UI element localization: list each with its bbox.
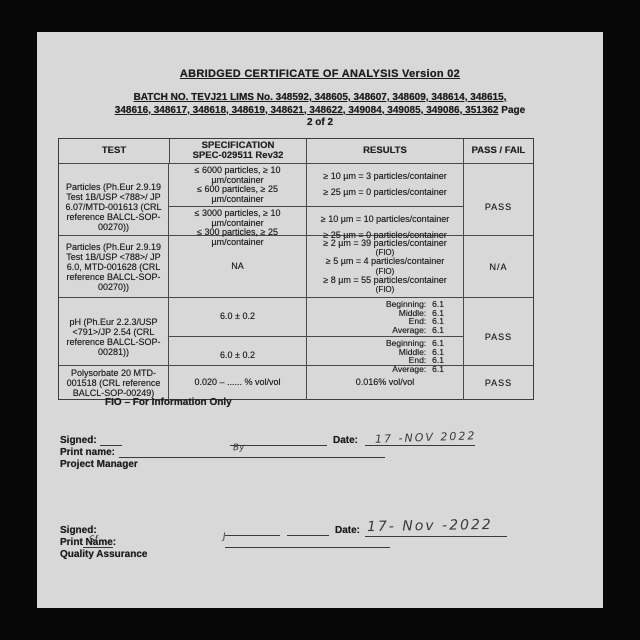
- handwritten-date: 17- Nov -2022: [367, 517, 493, 535]
- batch-line-2: 348616, 348617, 348618, 348619, 348621, …: [115, 105, 499, 116]
- result-cell: ≥ 10 µm = 3 particles/container ≥ 25 µm …: [306, 164, 463, 206]
- header-specification-sub: SPEC-029511 Rev32: [193, 151, 284, 161]
- table-row: Particles (Ph.Eur 2.9.19 Test 1B/USP <78…: [59, 235, 533, 297]
- page-word: Page: [501, 105, 525, 116]
- spec-cell: NA: [169, 236, 306, 297]
- spec-results-pair: 6.0 ± 0.2 Beginning:6.1 Middle:6.1 End:6…: [169, 298, 463, 375]
- test-cell: Particles (Ph.Eur 2.9.19 Test 1B/USP <78…: [59, 236, 169, 297]
- scan-border: ABRIDGED CERTIFICATE OF ANALYSIS Version…: [0, 0, 640, 640]
- header-passfail: PASS / FAIL: [463, 139, 533, 163]
- test-cell: Polysorbate 20 MTD-001518 (CRL reference…: [59, 366, 169, 400]
- table-row: Polysorbate 20 MTD-001518 (CRL reference…: [59, 365, 533, 399]
- subrow: 0.020 – ...... % vol/vol 0.016% vol/vol: [169, 366, 463, 400]
- table-row: Particles (Ph.Eur 2.9.19 Test 1B/USP <78…: [59, 163, 533, 235]
- spec-cell: 0.020 – ...... % vol/vol: [169, 366, 306, 400]
- coa-table: TEST SPECIFICATION SPEC-029511 Rev32 RES…: [58, 138, 534, 400]
- date-label: Date:: [335, 525, 360, 536]
- signed-label: Signed:: [60, 435, 97, 446]
- fio-footnote: FIO – For Information Only: [105, 397, 232, 408]
- date-label: Date:: [333, 435, 358, 446]
- spec-cell: 6.0 ± 0.2: [169, 298, 306, 336]
- table-row: pH (Ph.Eur 2.2.3/USP <791>/JP 2.54 (CRL …: [59, 297, 533, 365]
- result-cell: Beginning:6.1 Middle:6.1 End:6.1 Average…: [306, 298, 463, 336]
- signature-line: [225, 525, 280, 536]
- subrow: ≤ 6000 particles, ≥ 10 µm/container ≤ 60…: [169, 164, 463, 206]
- batch-header: BATCH NO. TEVJ21 LIMS No. 348592, 348605…: [47, 92, 593, 130]
- subrow: 6.0 ± 0.2 Beginning:6.1 Middle:6.1 End:6…: [169, 298, 463, 336]
- document-page: ABRIDGED CERTIFICATE OF ANALYSIS Version…: [37, 32, 603, 608]
- print-name-line: [119, 447, 385, 458]
- role-label: Quality Assurance: [60, 549, 147, 560]
- print-name-line: [225, 537, 390, 548]
- spec-results-pair: 0.020 – ...... % vol/vol 0.016% vol/vol: [169, 366, 463, 400]
- spec-cell: ≤ 6000 particles, ≥ 10 µm/container ≤ 60…: [169, 164, 306, 206]
- header-results: RESULTS: [306, 139, 463, 163]
- subrow: NA ≥ 2 µm = 39 particles/container (FIO)…: [169, 236, 463, 297]
- result-cell: 0.016% vol/vol: [306, 366, 463, 400]
- spec-results-pair: NA ≥ 2 µm = 39 particles/container (FIO)…: [169, 236, 463, 297]
- print-name-label: Print name:: [60, 447, 115, 458]
- passfail-cell: PASS: [463, 366, 533, 400]
- passfail-cell: N/A: [463, 236, 533, 297]
- passfail-cell: PASS: [463, 298, 533, 375]
- header-test: TEST: [59, 139, 169, 163]
- signature-line: [287, 525, 329, 536]
- table-header-row: TEST SPECIFICATION SPEC-029511 Rev32 RES…: [59, 139, 533, 163]
- role-label: Project Manager: [60, 459, 138, 470]
- header-specification: SPECIFICATION SPEC-029511 Rev32: [169, 139, 306, 163]
- page-number: 2 of 2: [307, 117, 333, 128]
- handwritten-initials: By: [233, 443, 245, 454]
- handwritten-initials: Sf: [89, 535, 99, 546]
- page-title: ABRIDGED CERTIFICATE OF ANALYSIS Version…: [37, 68, 603, 80]
- result-cell: ≥ 2 µm = 39 particles/container (FIO) ≥ …: [306, 236, 463, 297]
- test-cell: pH (Ph.Eur 2.2.3/USP <791>/JP 2.54 (CRL …: [59, 298, 169, 375]
- batch-line-1: BATCH NO. TEVJ21 LIMS No. 348592, 348605…: [134, 92, 507, 103]
- signature-line: [100, 435, 122, 446]
